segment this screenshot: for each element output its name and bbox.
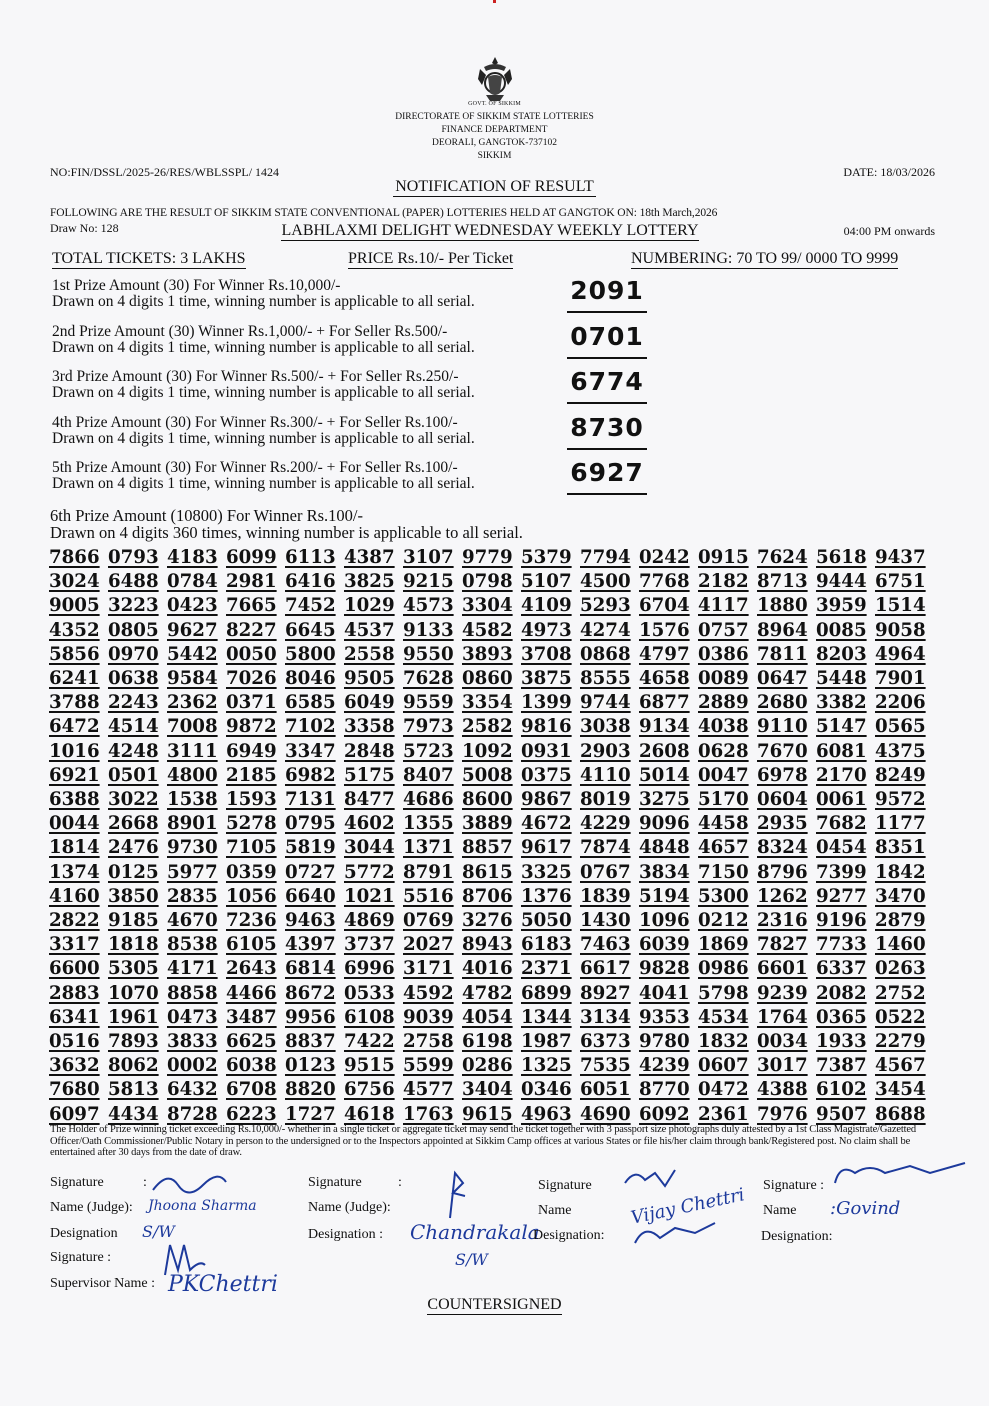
sixth-prize-number: 1177 <box>875 812 929 836</box>
sixth-prize-number: 4657 <box>698 836 752 860</box>
sixth-prize-number: 1016 <box>49 740 103 764</box>
following-statement: FOLLOWING ARE THE RESULT OF SIKKIM STATE… <box>50 207 717 219</box>
judge-name-label: Name (Judge): <box>308 1200 391 1216</box>
draw-number: Draw No: 128 <box>50 221 119 236</box>
prize-description: 4th Prize Amount (30) For Winner Rs.300/… <box>52 415 475 447</box>
sixth-prize-number: 2279 <box>875 1030 929 1054</box>
sixth-prize-number: 1374 <box>49 861 103 885</box>
sixth-prize-number: 3889 <box>462 812 516 836</box>
sixth-prize-number: 0473 <box>167 1006 221 1030</box>
sixth-prize-number: 8555 <box>580 667 634 691</box>
sixth-prize-number: 1869 <box>698 933 752 957</box>
prize-rule: Drawn on 4 digits 1 time, winning number… <box>52 476 475 492</box>
winning-number: 2091 <box>567 276 647 305</box>
sixth-prize-number: 8943 <box>462 933 516 957</box>
sixth-prize-number: 1021 <box>344 885 398 909</box>
sixth-prize-number: 2835 <box>167 885 221 909</box>
sixth-prize-number: 3171 <box>403 957 457 981</box>
sixth-prize-number: 6049 <box>344 691 398 715</box>
sixth-prize-number: 8538 <box>167 933 221 957</box>
sixth-prize-number: 2182 <box>698 570 752 594</box>
sixth-prize-number: 7973 <box>403 715 457 739</box>
sixth-prize-number: 4388 <box>757 1078 811 1102</box>
designation-handwritten: S/W <box>142 1222 175 1241</box>
sixth-prize-number: 9816 <box>521 715 575 739</box>
sixth-prize-number: 0607 <box>698 1054 752 1078</box>
sixth-prize-number: 6183 <box>521 933 575 957</box>
winning-number-underline <box>567 357 647 359</box>
sixth-prize-number: 0061 <box>816 788 870 812</box>
sixth-prize-number: 0346 <box>521 1078 575 1102</box>
sixth-prize-numbers: 7866079341836099611343873107977953797794… <box>49 546 929 1127</box>
sixth-prize-number: 2883 <box>49 982 103 1006</box>
sixth-prize-number: 9617 <box>521 836 575 860</box>
signature-scribble <box>830 1158 970 1188</box>
sixth-prize-number: 4658 <box>639 667 693 691</box>
sixth-prize-number: 9463 <box>285 909 339 933</box>
sixth-prize-number: 8477 <box>344 788 398 812</box>
sixth-prize-number: 4577 <box>403 1078 457 1102</box>
sixth-prize-number: 1933 <box>816 1030 870 1054</box>
sixth-prize-number: 7452 <box>285 594 339 618</box>
sixth-prize-number: 3632 <box>49 1054 103 1078</box>
name-handwritten: :Govind <box>830 1198 900 1219</box>
sixth-prize-number: 2752 <box>875 982 929 1006</box>
sixth-prize-number: 9744 <box>580 691 634 715</box>
sixth-prize-number: 4397 <box>285 933 339 957</box>
winning-number: 0701 <box>567 322 647 351</box>
sixth-prize-number: 0860 <box>462 667 516 691</box>
sixth-prize-number: 9572 <box>875 788 929 812</box>
sixth-prize-number: 6241 <box>49 667 103 691</box>
page-title: NOTIFICATION OF RESULT <box>0 178 989 196</box>
sixth-prize-number: 4458 <box>698 812 752 836</box>
sixth-prize-number: 6341 <box>49 1006 103 1030</box>
sixth-prize-number: 7768 <box>639 570 693 594</box>
sixth-prize-number: 6899 <box>521 982 575 1006</box>
colon: : <box>398 1175 402 1191</box>
sixth-prize-number: 2170 <box>816 764 870 788</box>
sixth-prize-number: 7150 <box>698 861 752 885</box>
sixth-prize-number: 9196 <box>816 909 870 933</box>
sixth-prize-number: 7682 <box>816 812 870 836</box>
sixth-prize-number: 4160 <box>49 885 103 909</box>
sixth-prize-number: 4534 <box>698 1006 752 1030</box>
sixth-prize-number: 4592 <box>403 982 457 1006</box>
sixth-prize-number: 1430 <box>580 909 634 933</box>
sixth-prize-number: 6814 <box>285 957 339 981</box>
sixth-prize-number: 4537 <box>344 619 398 643</box>
prize-description: 5th Prize Amount (30) For Winner Rs.200/… <box>52 460 475 492</box>
sixth-prize-number: 4848 <box>639 836 693 860</box>
sixth-prize-number: 1593 <box>226 788 280 812</box>
signature-label: Signature <box>308 1175 362 1191</box>
sixth-prize-number: 9515 <box>344 1054 398 1078</box>
ticket-price: PRICE Rs.10/- Per Ticket <box>348 250 513 268</box>
sixth-prize-number: 2558 <box>344 643 398 667</box>
sixth-prize-number: 3834 <box>639 861 693 885</box>
designation-handwritten: S/W <box>455 1250 488 1269</box>
sixth-prize-number: 0647 <box>757 667 811 691</box>
sixth-prize-number: 6099 <box>226 546 280 570</box>
sixth-prize-number: 7827 <box>757 933 811 957</box>
sixth-prize-number: 8770 <box>639 1078 693 1102</box>
sixth-prize-number: 2362 <box>167 691 221 715</box>
sixth-prize-number: 6640 <box>285 885 339 909</box>
sixth-prize-number: 5147 <box>816 715 870 739</box>
sixth-prize-number: 2889 <box>698 691 752 715</box>
sixth-prize-number: 3358 <box>344 715 398 739</box>
sixth-prize-number: 3833 <box>167 1030 221 1054</box>
sixth-prize-number: 1070 <box>108 982 162 1006</box>
sixth-prize-number: 0805 <box>108 619 162 643</box>
supervisor-signature-label: Signature : <box>50 1250 111 1266</box>
name-label: Name <box>763 1203 796 1219</box>
sixth-prize-number: 0793 <box>108 546 162 570</box>
sixth-prize-number: 6102 <box>816 1078 870 1102</box>
sixth-prize-number: 5772 <box>344 861 398 885</box>
sixth-prize-number: 6585 <box>285 691 339 715</box>
judge-name-label: Name (Judge): <box>50 1200 133 1216</box>
sixth-prize-number: 0501 <box>108 764 162 788</box>
sixth-prize-number: 7866 <box>49 546 103 570</box>
sixth-prize-number: 5379 <box>521 546 575 570</box>
sixth-prize-description: 6th Prize Amount (10800) For Winner Rs.1… <box>50 507 523 541</box>
winning-number-underline <box>567 448 647 450</box>
supervisor-name-label: Supervisor Name : <box>50 1276 155 1292</box>
sixth-prize-number: 1460 <box>875 933 929 957</box>
sixth-prize-number: 3304 <box>462 594 516 618</box>
sixth-prize-number: 7422 <box>344 1030 398 1054</box>
sixth-prize-number: 5014 <box>639 764 693 788</box>
sixth-prize-number: 5448 <box>816 667 870 691</box>
prize-rule: Drawn on 4 digits 1 time, winning number… <box>52 385 475 401</box>
prize-title: 1st Prize Amount (30) For Winner Rs.10,0… <box>52 278 475 294</box>
sixth-prize-number: 3454 <box>875 1078 929 1102</box>
sixth-prize-number: 9584 <box>167 667 221 691</box>
sixth-prize-number: 4567 <box>875 1054 929 1078</box>
sixth-prize-number: 3111 <box>167 740 221 764</box>
directorate-name: DIRECTORATE OF SIKKIM STATE LOTTERIES <box>0 111 989 124</box>
sixth-prize-number: 1764 <box>757 1006 811 1030</box>
sixth-prize-number: 8351 <box>875 836 929 860</box>
sixth-prize-number: 7102 <box>285 715 339 739</box>
sixth-prize-number: 9239 <box>757 982 811 1006</box>
sixth-prize-number: 1344 <box>521 1006 575 1030</box>
sixth-prize-number: 5170 <box>698 788 752 812</box>
sixth-prize-number: 3382 <box>816 691 870 715</box>
sixth-prize-number: 0047 <box>698 764 752 788</box>
state-emblem-icon <box>470 55 520 105</box>
sixth-prize-number: 0986 <box>698 957 752 981</box>
sixth-prize-number: 9828 <box>639 957 693 981</box>
sixth-prize-number: 6625 <box>226 1030 280 1054</box>
sixth-prize-number: 0533 <box>344 982 398 1006</box>
department-name: FINANCE DEPARTMENT <box>0 124 989 137</box>
sixth-prize-number: 0359 <box>226 861 280 885</box>
sixth-prize-number: 5050 <box>521 909 575 933</box>
sixth-prize-number: 8600 <box>462 788 516 812</box>
sixth-prize-number: 0868 <box>580 643 634 667</box>
sixth-prize-number: 0034 <box>757 1030 811 1054</box>
sixth-prize-number: 5107 <box>521 570 575 594</box>
sixth-prize-number: 6081 <box>816 740 870 764</box>
sixth-prize-number: 4352 <box>49 619 103 643</box>
sixth-prize-number: 6337 <box>816 957 870 981</box>
sixth-prize-number: 9956 <box>285 1006 339 1030</box>
winning-number-underline <box>567 311 647 313</box>
name-label: Name <box>538 1203 571 1219</box>
sixth-prize-number: 0123 <box>285 1054 339 1078</box>
sixth-prize-number: 8858 <box>167 982 221 1006</box>
sixth-prize-number: 3107 <box>403 546 457 570</box>
sixth-prize-number: 1325 <box>521 1054 575 1078</box>
prize-description: 3rd Prize Amount (30) For Winner Rs.500/… <box>52 369 475 401</box>
sixth-prize-number: 5599 <box>403 1054 457 1078</box>
sixth-prize-number: 6039 <box>639 933 693 957</box>
winning-number: 6774 <box>567 367 647 396</box>
signature-scribble <box>615 1168 735 1248</box>
govt-label: GOVT. OF SIKKIM <box>0 101 989 107</box>
sixth-prize-number: 7794 <box>580 546 634 570</box>
sixth-prize-number: 5305 <box>108 957 162 981</box>
sixth-prize-number: 9627 <box>167 619 221 643</box>
sixth-prize-number: 4602 <box>344 812 398 836</box>
sixth-prize-number: 8407 <box>403 764 457 788</box>
sixth-prize-number: 4038 <box>698 715 752 739</box>
sixth-prize-number: 8791 <box>403 861 457 885</box>
sixth-prize-number: 0125 <box>108 861 162 885</box>
sixth-prize-number: 0931 <box>521 740 575 764</box>
sixth-prize-number: 5516 <box>403 885 457 909</box>
sixth-prize-number: 4573 <box>403 594 457 618</box>
sixth-prize-title: 6th Prize Amount (10800) For Winner Rs.1… <box>50 507 523 524</box>
sixth-prize-number: 6600 <box>49 957 103 981</box>
sixth-prize-number: 7874 <box>580 836 634 860</box>
sixth-prize-number: 1376 <box>521 885 575 909</box>
sixth-prize-number: 1399 <box>521 691 575 715</box>
sixth-prize-number: 9780 <box>639 1030 693 1054</box>
sixth-prize-number: 0727 <box>285 861 339 885</box>
sixth-prize-number: 2935 <box>757 812 811 836</box>
sixth-prize-number: 8672 <box>285 982 339 1006</box>
sixth-prize-number: 2981 <box>226 570 280 594</box>
sixth-prize-number: 9779 <box>462 546 516 570</box>
sixth-prize-number: 3017 <box>757 1054 811 1078</box>
claim-note: The Holder of Prize winning ticket excee… <box>50 1124 945 1159</box>
prize-rule: Drawn on 4 digits 1 time, winning number… <box>52 294 475 310</box>
sixth-prize-number: 1842 <box>875 861 929 885</box>
sixth-prize-number: 9133 <box>403 619 457 643</box>
sixth-prize-number: 2668 <box>108 812 162 836</box>
sixth-prize-number: 3038 <box>580 715 634 739</box>
sixth-prize-number: 5278 <box>226 812 280 836</box>
sixth-prize-number: 6108 <box>344 1006 398 1030</box>
sixth-prize-number: 0454 <box>816 836 870 860</box>
sixth-prize-number: 9505 <box>344 667 398 691</box>
sixth-prize-number: 6949 <box>226 740 280 764</box>
sixth-prize-number: 8837 <box>285 1030 339 1054</box>
signature-scribble <box>435 1168 475 1223</box>
prize-rule: Drawn on 4 digits 1 time, winning number… <box>52 431 475 447</box>
sixth-prize-number: 0638 <box>108 667 162 691</box>
sixth-prize-number: 7680 <box>49 1078 103 1102</box>
sixth-prize-number: 7733 <box>816 933 870 957</box>
sixth-prize-number: 0472 <box>698 1078 752 1102</box>
sixth-prize-number: 3317 <box>49 933 103 957</box>
sixth-prize-number: 4797 <box>639 643 693 667</box>
sixth-prize-number: 9867 <box>521 788 575 812</box>
sixth-prize-number: 7535 <box>580 1054 634 1078</box>
sixth-prize-number: 1576 <box>639 619 693 643</box>
numbering-range: NUMBERING: 70 TO 99/ 0000 TO 9999 <box>631 250 898 268</box>
sixth-prize-number: 6978 <box>757 764 811 788</box>
sixth-prize-number: 8927 <box>580 982 634 1006</box>
sixth-prize-number: 4869 <box>344 909 398 933</box>
prize-title: 3rd Prize Amount (30) For Winner Rs.500/… <box>52 369 475 385</box>
sixth-prize-number: 9005 <box>49 594 103 618</box>
sixth-prize-number: 1832 <box>698 1030 752 1054</box>
sixth-prize-number: 2680 <box>757 691 811 715</box>
sixth-prize-number: 3850 <box>108 885 162 909</box>
sixth-prize-number: 8796 <box>757 861 811 885</box>
winning-number-underline <box>567 402 647 404</box>
sixth-prize-number: 8019 <box>580 788 634 812</box>
sixth-prize-number: 4239 <box>639 1054 693 1078</box>
sixth-prize-number: 6877 <box>639 691 693 715</box>
state-line: SIKKIM <box>0 150 989 163</box>
sixth-prize-number: 6416 <box>285 570 339 594</box>
sixth-prize-number: 0050 <box>226 643 280 667</box>
sixth-prize-number: 0371 <box>226 691 280 715</box>
sixth-prize-number: 9215 <box>403 570 457 594</box>
sixth-prize-number: 3875 <box>521 667 575 691</box>
sixth-prize-number: 6704 <box>639 594 693 618</box>
sixth-prize-number: 0604 <box>757 788 811 812</box>
sixth-prize-number: 0263 <box>875 957 929 981</box>
designation-label: Designation <box>50 1226 118 1242</box>
sixth-prize-number: 4686 <box>403 788 457 812</box>
sixth-prize-number: 9039 <box>403 1006 457 1030</box>
sixth-prize-number: 1987 <box>521 1030 575 1054</box>
sixth-prize-number: 5819 <box>285 836 339 860</box>
sixth-prize-number: 4109 <box>521 594 575 618</box>
sixth-prize-number: 2243 <box>108 691 162 715</box>
sixth-prize-rule: Drawn on 4 digits 360 times, winning num… <box>50 524 523 541</box>
sixth-prize-number: 0212 <box>698 909 752 933</box>
sixth-prize-number: 8964 <box>757 619 811 643</box>
sixth-prize-number: 6982 <box>285 764 339 788</box>
sixth-prize-number: 5442 <box>167 643 221 667</box>
scan-mark <box>493 0 496 3</box>
sixth-prize-number: 4500 <box>580 570 634 594</box>
sixth-prize-number: 0915 <box>698 546 752 570</box>
signature-scribble <box>148 1170 228 1200</box>
sixth-prize-number: 7901 <box>875 667 929 691</box>
sixth-prize-number: 3223 <box>108 594 162 618</box>
judge-name-handwritten: Chandrakala <box>410 1220 540 1244</box>
sixth-prize-number: 0798 <box>462 570 516 594</box>
sixth-prize-number: 2608 <box>639 740 693 764</box>
sixth-prize-number: 3325 <box>521 861 575 885</box>
sixth-prize-number: 6105 <box>226 933 280 957</box>
sixth-prize-number: 6488 <box>108 570 162 594</box>
sixth-prize-number: 5008 <box>462 764 516 788</box>
colon: : <box>143 1175 147 1191</box>
sixth-prize-number: 5813 <box>108 1078 162 1102</box>
sixth-prize-number: 3022 <box>108 788 162 812</box>
sixth-prize-number: 5977 <box>167 861 221 885</box>
sixth-prize-number: 3404 <box>462 1078 516 1102</box>
sixth-prize-number: 6601 <box>757 957 811 981</box>
sixth-prize-number: 8901 <box>167 812 221 836</box>
sixth-prize-number: 1355 <box>403 812 457 836</box>
sixth-prize-number: 2822 <box>49 909 103 933</box>
prize-title: 4th Prize Amount (30) For Winner Rs.300/… <box>52 415 475 431</box>
sixth-prize-number: 4117 <box>698 594 752 618</box>
sixth-prize-number: 4171 <box>167 957 221 981</box>
winning-number-underline <box>567 493 647 495</box>
sixth-prize-number: 0085 <box>816 619 870 643</box>
sixth-prize-number: 1092 <box>462 740 516 764</box>
sixth-prize-number: 9110 <box>757 715 811 739</box>
signature-label: Signature : <box>763 1178 824 1194</box>
sixth-prize-number: 3737 <box>344 933 398 957</box>
sixth-prize-number: 0286 <box>462 1054 516 1078</box>
sixth-prize-number: 1814 <box>49 836 103 860</box>
sixth-prize-number: 0044 <box>49 812 103 836</box>
sixth-prize-number: 2316 <box>757 909 811 933</box>
sixth-prize-number: 2206 <box>875 691 929 715</box>
sixth-prize-number: 8227 <box>226 619 280 643</box>
sixth-prize-number: 7236 <box>226 909 280 933</box>
sixth-prize-number: 2903 <box>580 740 634 764</box>
sixth-prize-number: 7399 <box>816 861 870 885</box>
sixth-prize-number: 1056 <box>226 885 280 909</box>
sixth-prize-number: 6996 <box>344 957 398 981</box>
sixth-prize-number: 7628 <box>403 667 457 691</box>
sixth-prize-number: 0769 <box>403 909 457 933</box>
sixth-prize-number: 7008 <box>167 715 221 739</box>
sixth-prize-number: 9550 <box>403 643 457 667</box>
sixth-prize-number: 5175 <box>344 764 398 788</box>
sixth-prize-number: 1961 <box>108 1006 162 1030</box>
sixth-prize-number: 5293 <box>580 594 634 618</box>
sixth-prize-number: 8713 <box>757 570 811 594</box>
designation-label: Designation : <box>308 1227 383 1243</box>
sixth-prize-number: 3134 <box>580 1006 634 1030</box>
sixth-prize-number: 1514 <box>875 594 929 618</box>
sixth-prize-number: 5194 <box>639 885 693 909</box>
sixth-prize-number: 1538 <box>167 788 221 812</box>
prize-rule: Drawn on 4 digits 1 time, winning number… <box>52 340 475 356</box>
sixth-prize-number: 3354 <box>462 691 516 715</box>
sixth-prize-number: 4466 <box>226 982 280 1006</box>
sixth-prize-number: 0522 <box>875 1006 929 1030</box>
sixth-prize-number: 6198 <box>462 1030 516 1054</box>
sixth-prize-number: 8046 <box>285 667 339 691</box>
sixth-prize-number: 2027 <box>403 933 457 957</box>
judge-name-handwritten: Jhoona Sharma <box>148 1198 257 1214</box>
sixth-prize-number: 0423 <box>167 594 221 618</box>
sixth-prize-number: 7105 <box>226 836 280 860</box>
sixth-prize-number: 9353 <box>639 1006 693 1030</box>
sixth-prize-number: 8706 <box>462 885 516 909</box>
prize-description: 1st Prize Amount (30) For Winner Rs.10,0… <box>52 278 475 310</box>
sixth-prize-number: 9559 <box>403 691 457 715</box>
sixth-prize-number: 4054 <box>462 1006 516 1030</box>
sixth-prize-number: 0002 <box>167 1054 221 1078</box>
